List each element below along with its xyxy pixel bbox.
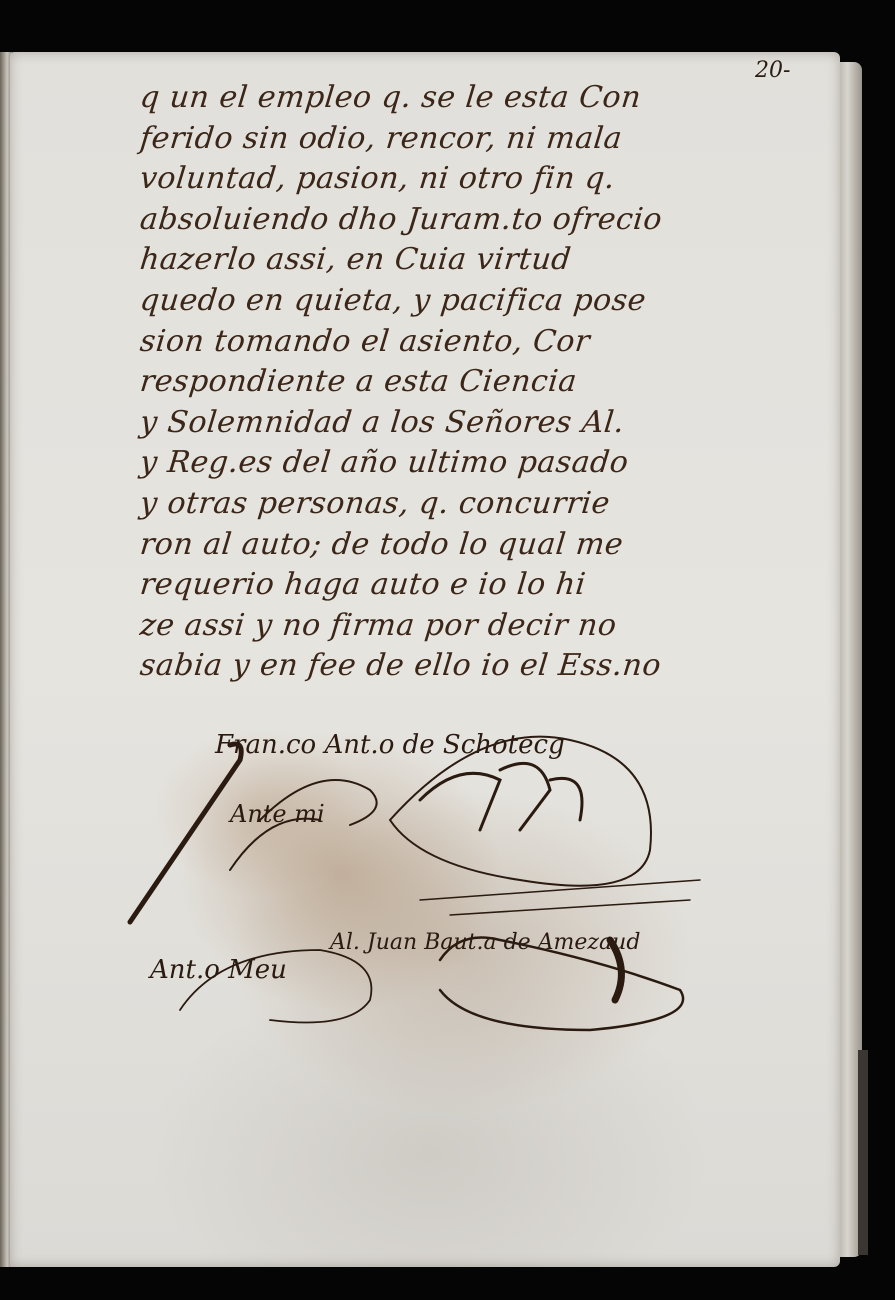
text-line: y otras personas, q. concurrie bbox=[138, 484, 782, 525]
signature-block: Fran.co Ant.o de Schotecg Ante mi Al. Ju… bbox=[120, 700, 740, 1040]
manuscript-body: q un el empleo q. se le esta Con ferido … bbox=[140, 78, 780, 687]
text-line: y Solemnidad a los Señores Al. bbox=[138, 403, 782, 444]
text-line: y Reg.es del año ultimo pasado bbox=[138, 443, 782, 484]
text-line: sion tomando el asiento, Cor bbox=[138, 322, 782, 363]
signature-name: Fran.co Ant.o de Schotecg bbox=[215, 730, 565, 760]
text-line: respondiente a esta Ciencia bbox=[138, 362, 782, 403]
signature-name: Ante mi bbox=[230, 800, 325, 828]
text-line: q un el empleo q. se le esta Con bbox=[138, 78, 782, 119]
text-line: quedo en quieta, y pacifica pose bbox=[138, 281, 782, 322]
text-line: absoluiendo dho Juram.to ofrecio bbox=[138, 200, 782, 241]
text-line: voluntad, pasion, ni otro fin q. bbox=[138, 159, 782, 200]
text-line: sabia y en fee de ello io el Ess.no bbox=[138, 646, 782, 687]
text-line: ferido sin odio, rencor, ni mala bbox=[138, 119, 782, 160]
signature-name: Ant.o Meu bbox=[150, 955, 287, 985]
page-edge-shadow bbox=[858, 1050, 868, 1255]
text-line: ron al auto; de todo lo qual me bbox=[138, 525, 782, 566]
text-line: hazerlo assi, en Cuia virtud bbox=[138, 240, 782, 281]
text-line: requerio haga auto e io lo hi bbox=[138, 565, 782, 606]
signature-name: Al. Juan Baut.a de Amezaud bbox=[330, 930, 640, 955]
text-line: ze assi y no firma por decir no bbox=[138, 606, 782, 647]
